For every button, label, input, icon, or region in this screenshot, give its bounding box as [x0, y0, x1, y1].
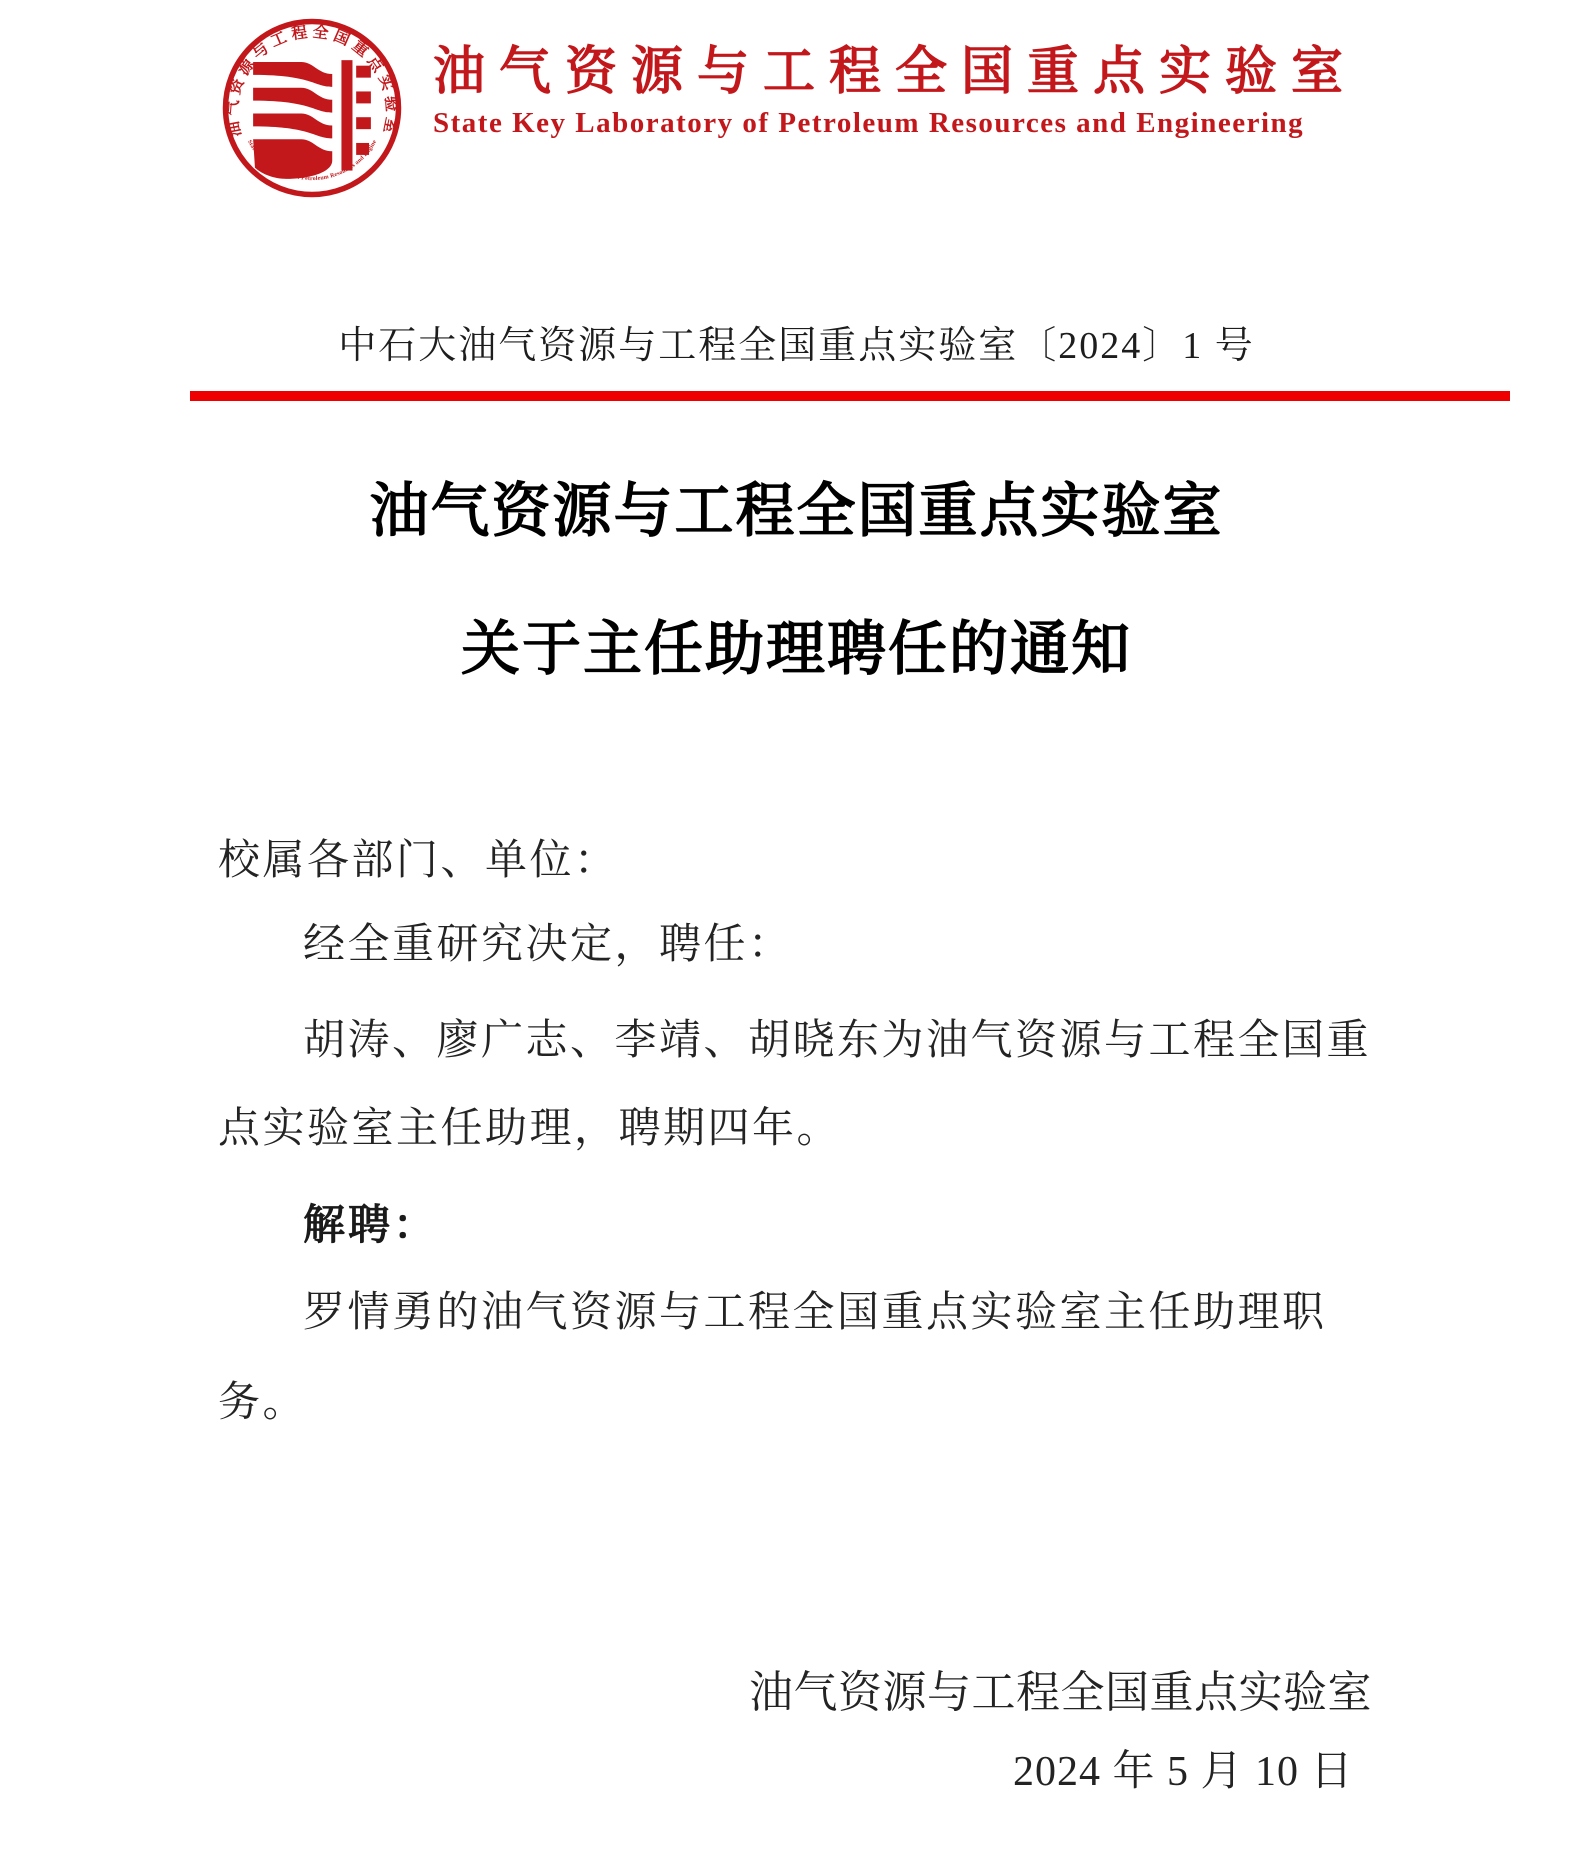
body-dismissal-line2: 务。 [218, 1378, 1378, 1428]
laboratory-seal-icon: 油气资源与工程全国重点实验室 State Key Laboratory of P… [220, 16, 404, 200]
seal-emblem-group: 油气资源与工程全国重点实验室 State Key Laboratory of P… [220, 16, 402, 194]
notice-title-line1: 油气资源与工程全国重点实验室 [0, 480, 1593, 542]
document-number: 中石大油气资源与工程全国重点实验室〔2024〕1 号 [0, 314, 1593, 369]
notice-title-line2: 关于主任助理聘任的通知 [0, 618, 1593, 680]
header-title-chinese: 油气资源与工程全国重点实验室 [433, 44, 1357, 100]
body-dismissal-line1: 罗情勇的油气资源与工程全国重点实验室主任助理职 [218, 1288, 1463, 1338]
red-divider-rule [190, 391, 1510, 401]
seal-wave-strata-icon [253, 60, 371, 179]
header-title-english: State Key Laboratory of Petroleum Resour… [433, 106, 1304, 140]
body-dismissal-label: 解聘： [218, 1200, 1463, 1250]
signature-organization: 油气资源与工程全国重点实验室 [749, 1656, 1372, 1720]
body-appointment-line1: 胡涛、廖广志、李靖、胡晓东为油气资源与工程全国重 [218, 1016, 1463, 1066]
body-appointment-line2: 点实验室主任助理，聘期四年。 [218, 1104, 1378, 1154]
body-salutation: 校属各部门、单位： [218, 836, 1378, 886]
laboratory-seal-logo: 油气资源与工程全国重点实验室 State Key Laboratory of P… [220, 16, 404, 200]
notice-document-page: 油气资源与工程全国重点实验室 State Key Laboratory of P… [0, 0, 1593, 1871]
body-intro-paragraph: 经全重研究决定，聘任： [218, 920, 1463, 970]
signature-date: 2024 年 5 月 10 日 [1013, 1738, 1354, 1798]
